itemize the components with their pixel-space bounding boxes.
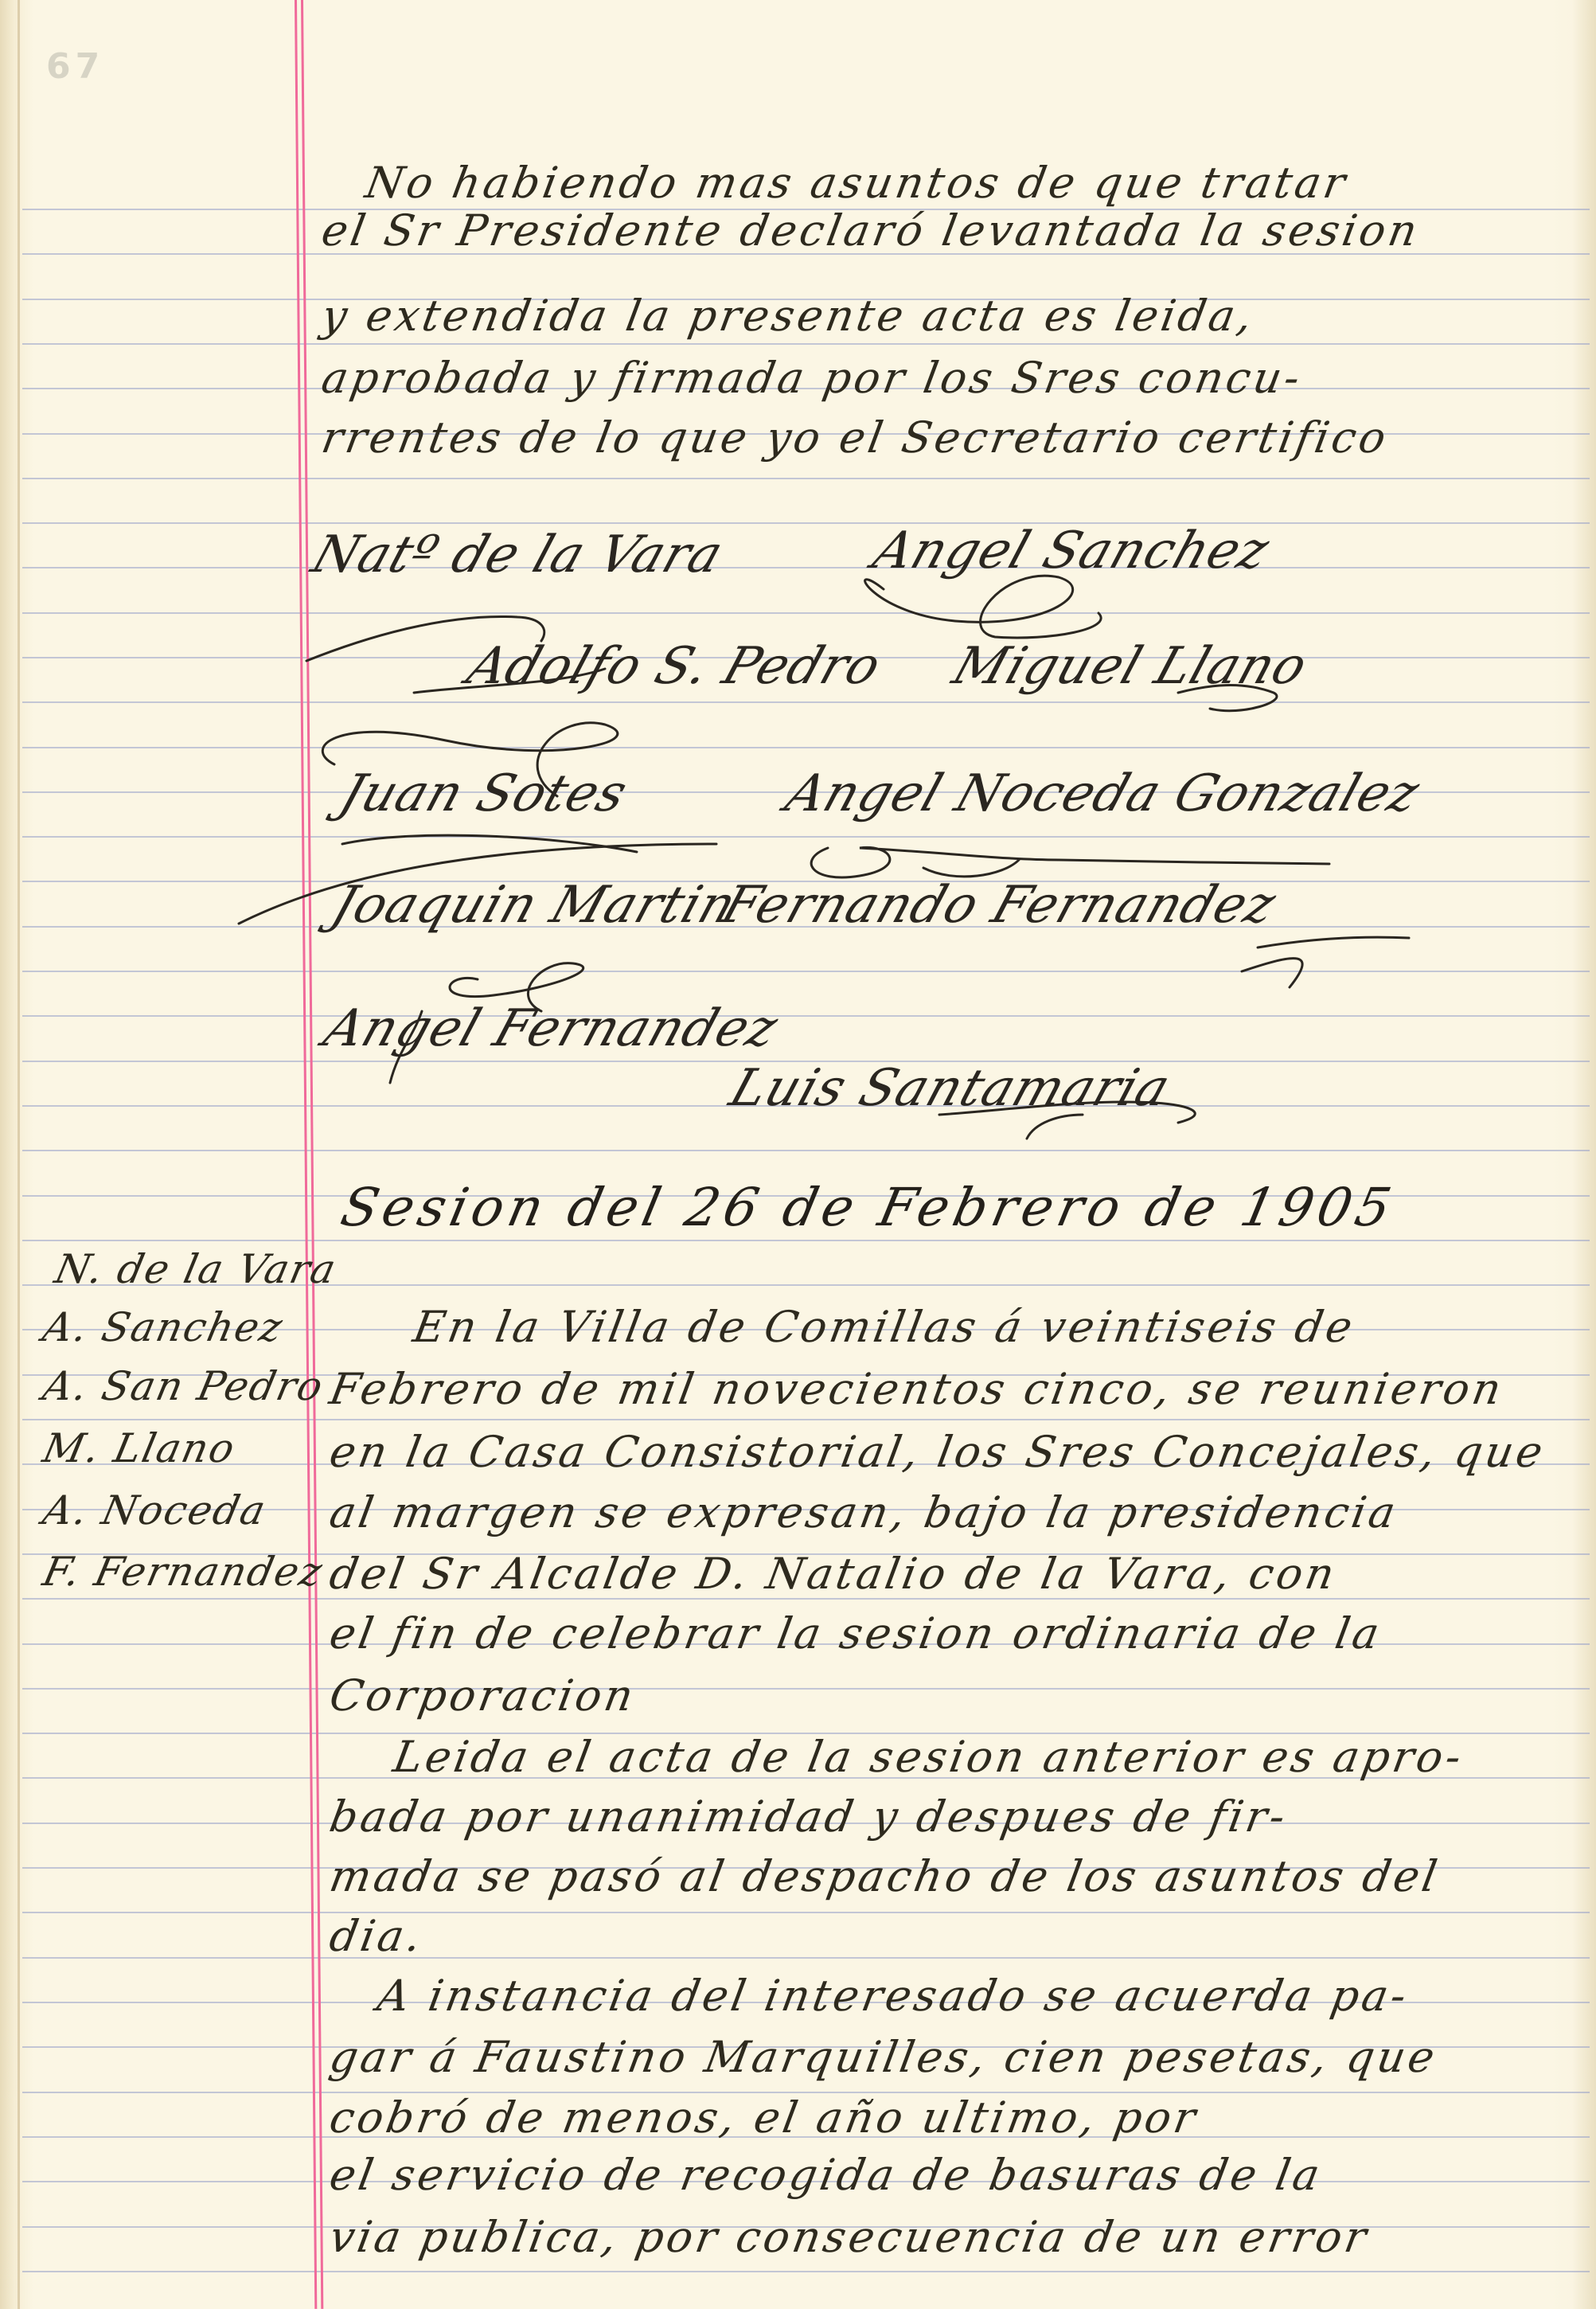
margin-attendee: F. Fernandez bbox=[39, 1549, 328, 1595]
text-line: Corporacion bbox=[326, 1670, 640, 1721]
margin-attendee: N. de la Vara bbox=[51, 1246, 341, 1292]
signature: Juan Sotes bbox=[333, 764, 634, 823]
text-line: A instancia del interesado se acuerda pa… bbox=[373, 1971, 1413, 2021]
text-line: No habiendo mas asuntos de que tratar bbox=[361, 158, 1352, 208]
text-line: el Sr Presidente declaró levantada la se… bbox=[318, 205, 1424, 256]
text-line: el fin de celebrar la sesion ordinaria d… bbox=[326, 1608, 1386, 1658]
page-number: 67 bbox=[46, 46, 104, 87]
text-line: en la Casa Consistorial, los Sres Concej… bbox=[326, 1427, 1549, 1477]
text-line: mada se pasó al despacho de los asuntos … bbox=[326, 1851, 1443, 1901]
ruled-line bbox=[22, 1688, 1590, 1690]
ruled-line bbox=[22, 1419, 1590, 1420]
signature: Luis Santamaria bbox=[723, 1059, 1178, 1118]
session-heading: Sesion del 26 de Febrero de 1905 bbox=[336, 1177, 1401, 1238]
signature: Miguel Llano bbox=[946, 637, 1315, 696]
ruled-line bbox=[22, 1240, 1590, 1241]
ruled-line bbox=[22, 343, 1590, 345]
binding-edge bbox=[18, 0, 20, 2309]
signature: Adolfo S. Pedro bbox=[460, 637, 888, 696]
ruled-line bbox=[22, 836, 1590, 838]
signature: Fernando Fernandez bbox=[715, 876, 1283, 935]
text-line: el servicio de recogida de basuras de la bbox=[326, 2150, 1326, 2200]
text-line: rrentes de lo que yo el Secretario certi… bbox=[318, 412, 1392, 463]
signature: Natº de la Vara bbox=[305, 525, 731, 584]
margin-attendee: M. Llano bbox=[39, 1425, 240, 1471]
signature: Angel Fernandez bbox=[317, 999, 786, 1058]
signature: Angel Noceda Gonzalez bbox=[778, 764, 1427, 823]
text-line: bada por unanimidad y despues de fir- bbox=[326, 1791, 1292, 1842]
text-line: Febrero de mil novecientos cinco, se reu… bbox=[326, 1364, 1508, 1414]
ruled-line bbox=[22, 1015, 1590, 1017]
text-line: Leida el acta de la sesion anterior es a… bbox=[389, 1732, 1468, 1782]
text-line: del Sr Alcalde D. Natalio de la Vara, co… bbox=[326, 1549, 1340, 1599]
ruled-line bbox=[22, 747, 1590, 748]
ruled-line bbox=[22, 612, 1590, 614]
text-line: via publica, por consecuencia de un erro… bbox=[326, 2212, 1373, 2262]
text-line: cobró de menos, el año ultimo, por bbox=[326, 2092, 1202, 2143]
text-line: En la Villa de Comillas á veintiseis de bbox=[409, 1302, 1359, 1352]
ledger-page: 67 No habiendo mas asuntos de que tratar… bbox=[0, 0, 1596, 2309]
ruled-line bbox=[22, 478, 1590, 479]
signature: Angel Sanchez bbox=[866, 522, 1277, 580]
ruled-line bbox=[22, 1150, 1590, 1151]
text-line: dia. bbox=[326, 1911, 427, 1961]
text-line: aprobada y firmada por los Sres concu- bbox=[318, 353, 1306, 403]
ruled-line bbox=[22, 567, 1590, 568]
text-line: al margen se expresan, bajo la presidenc… bbox=[326, 1487, 1402, 1537]
signature: Joaquin Martin bbox=[325, 876, 743, 935]
margin-attendee: A. Noceda bbox=[39, 1487, 271, 1533]
margin-attendee: A. San Pedro bbox=[39, 1363, 328, 1409]
ruled-line bbox=[22, 2271, 1590, 2272]
ruled-line bbox=[22, 1957, 1590, 1959]
text-line: y extendida la presente acta es leida, bbox=[318, 291, 1258, 341]
margin-attendee: A. Sanchez bbox=[39, 1304, 288, 1350]
ruled-line bbox=[22, 971, 1590, 972]
ruled-line bbox=[22, 1912, 1590, 1913]
ruled-line bbox=[22, 522, 1590, 524]
text-line: gar á Faustino Marquilles, cien pesetas,… bbox=[326, 2032, 1441, 2082]
ruled-line bbox=[22, 701, 1590, 703]
